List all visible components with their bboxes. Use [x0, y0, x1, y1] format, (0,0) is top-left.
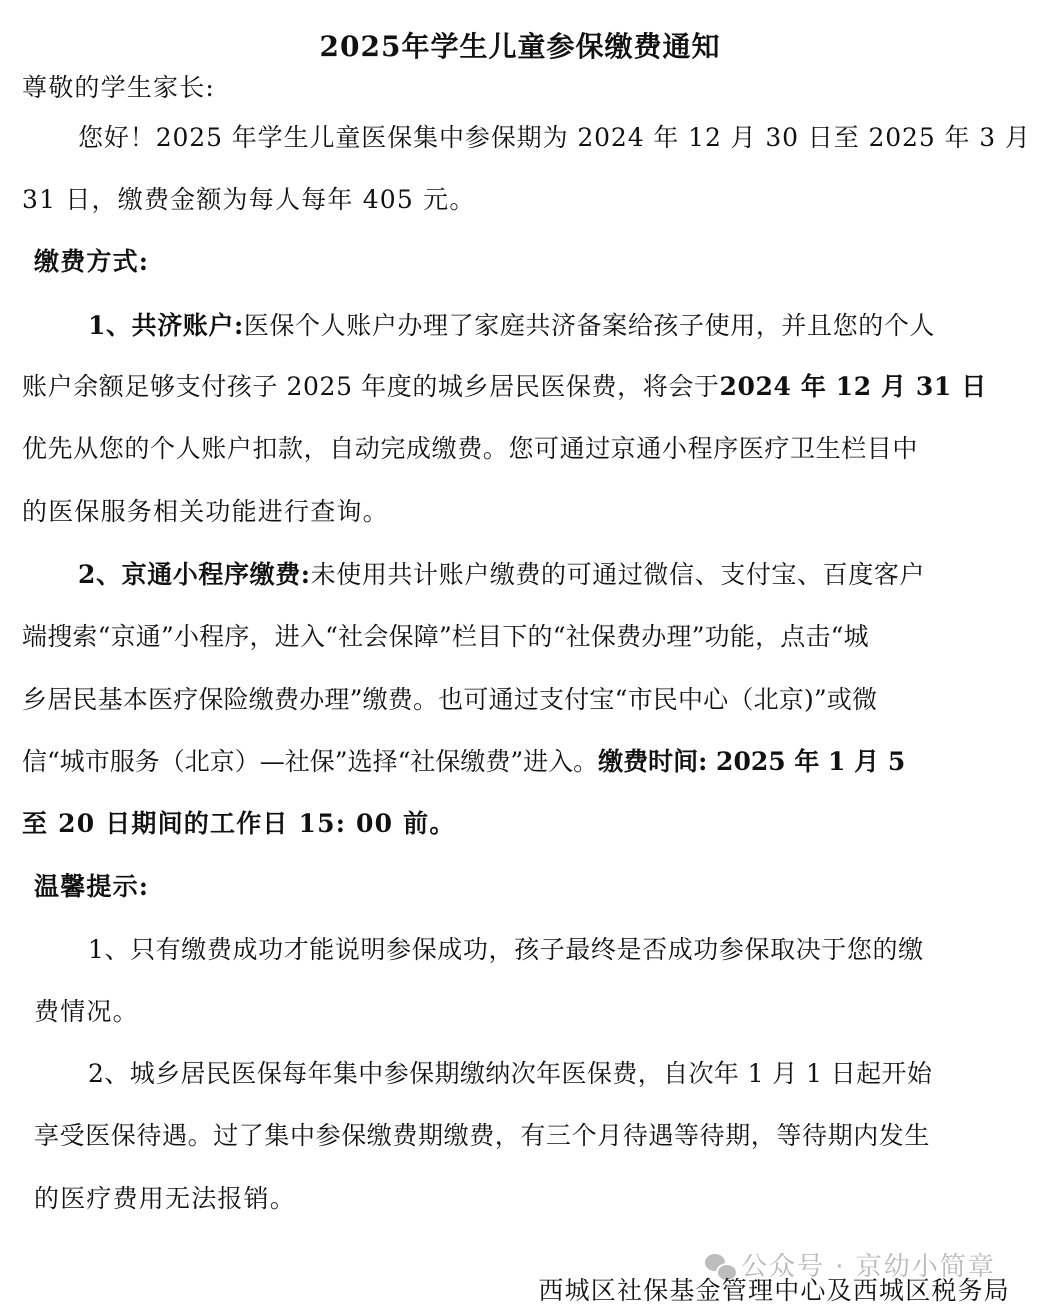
payment-method-1-line-3: 优先从您的个人账户扣款，自动完成缴费。您可通过京通小程序医疗卫生栏目中: [22, 433, 918, 465]
salutation: 尊敬的学生家长:: [22, 72, 215, 104]
payment-method-1-label: 1、共济账户:: [88, 311, 244, 340]
payment-method-2-line-3: 乡居民基本医疗保险缴费办理”缴费。也可通过支付宝“市民中心（北京)”或微: [22, 684, 877, 716]
payment-method-2-line-4: 信“城市服务（北京）—社保”选择“社保缴费”进入。缴费时间: 2025 年 1 …: [22, 746, 905, 778]
payment-method-1-line-2: 账户余额足够支付孩子 2025 年度的城乡居民医保费，将会于2024 年 12 …: [22, 371, 987, 403]
tip-2-line-3: 的医疗费用无法报销。: [34, 1183, 296, 1215]
payment-time-deadline: 至 20 日期间的工作日 15: 00 前。: [22, 808, 456, 840]
tips-heading: 温馨提示:: [34, 871, 149, 903]
auto-deduct-date: 2024 年 12 月 31 日: [720, 372, 987, 401]
payment-method-2-line-2: 端搜索“京通”小程序，进入“社会保障”栏目下的“社保费办理”功能，点击“城: [22, 621, 869, 653]
tip-1-line-2: 费情况。: [34, 996, 139, 1028]
payment-method-2-text: 信“城市服务（北京）—社保”选择“社保缴费”进入。: [22, 747, 598, 776]
payment-method-2-label: 2、京通小程序缴费:: [78, 560, 311, 589]
document-title: 2025年学生儿童参保缴费通知: [0, 30, 1040, 64]
payment-methods-heading: 缴费方式:: [34, 246, 149, 278]
intro-line-2: 31 日，缴费金额为每人每年 405 元。: [22, 184, 476, 216]
payment-time: 缴费时间: 2025 年 1 月 5: [598, 747, 905, 776]
payment-method-1-line-4: 的医保服务相关功能进行查询。: [22, 496, 389, 528]
tip-2-line-1: 2、城乡居民医保每年集中参保期缴纳次年医保费，自次年 1 月 1 日起开始: [88, 1058, 932, 1090]
payment-method-1-line-1: 1、共济账户:医保个人账户办理了家庭共济备案给孩子使用，并且您的个人: [88, 310, 935, 342]
payment-method-2-line-1: 2、京通小程序缴费:未使用共计账户缴费的可通过微信、支付宝、百度客户: [78, 559, 925, 591]
tip-1-line-1: 1、只有缴费成功才能说明参保成功，孩子最终是否成功参保取决于您的缴: [88, 934, 924, 966]
signature: 西城区社保基金管理中心及西城区税务局: [538, 1275, 1010, 1307]
payment-method-1-text: 医保个人账户办理了家庭共济备案给孩子使用，并且您的个人: [244, 311, 935, 340]
payment-method-1-text: 账户余额足够支付孩子 2025 年度的城乡居民医保费，将会于: [22, 372, 720, 401]
payment-method-2-text: 未使用共计账户缴费的可通过微信、支付宝、百度客户: [311, 560, 925, 589]
tip-2-line-2: 享受医保待遇。过了集中参保缴费期缴费，有三个月待遇等待期，等待期内发生: [34, 1120, 930, 1152]
intro-line-1: 您好！2025 年学生儿童医保集中参保期为 2024 年 12 月 30 日至 …: [78, 122, 1031, 154]
